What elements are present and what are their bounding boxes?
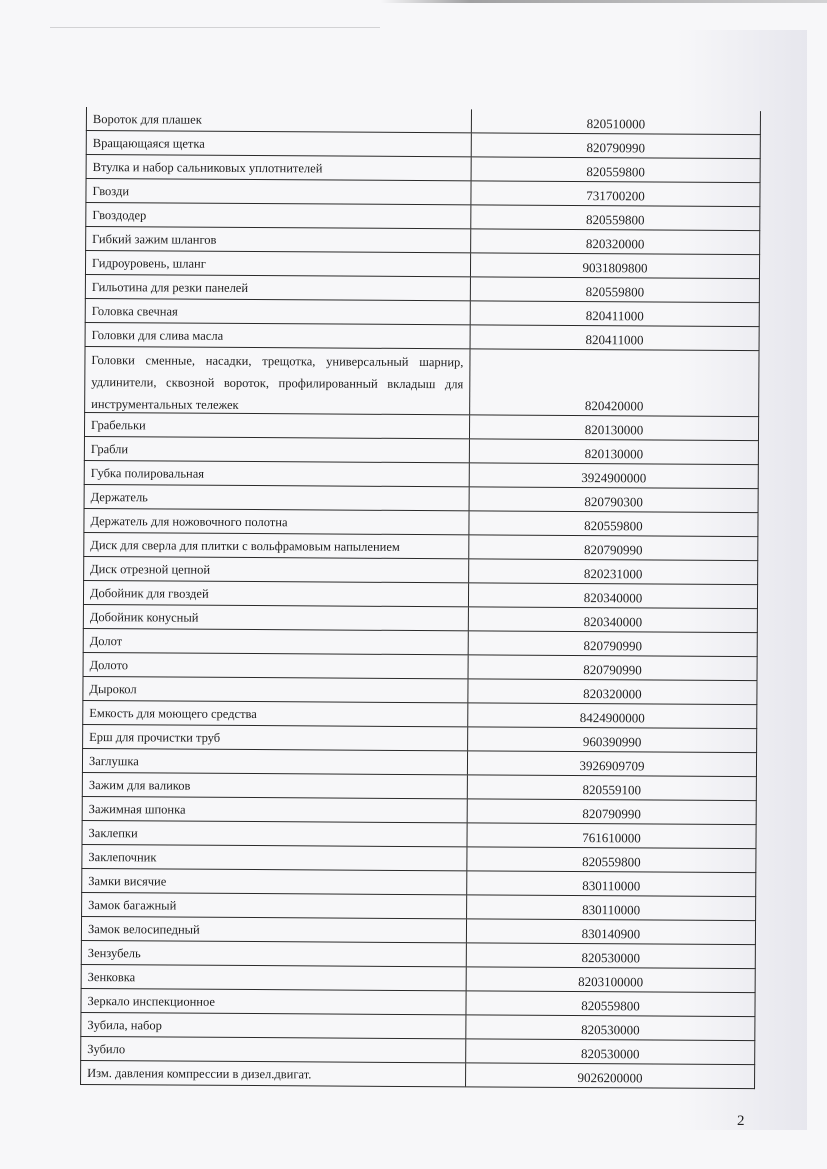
item-code-cell: 3924900000: [470, 463, 758, 488]
item-name-cell: Втулка и набор сальниковых уплотнителей: [87, 155, 472, 180]
item-name-cell: Губка полировальная: [85, 461, 470, 486]
item-code-cell: 820510000: [472, 109, 760, 134]
item-name-cell: Грабли: [85, 437, 470, 462]
item-code-cell: 820559800: [467, 847, 755, 872]
item-code-cell: 820231000: [469, 559, 757, 584]
item-name-cell: Диск отрезной цепной: [84, 557, 469, 582]
item-code-cell: 820530000: [466, 1039, 754, 1064]
item-name-cell: Головка свечная: [86, 299, 471, 324]
item-code-cell: 820411000: [471, 301, 759, 326]
item-name-cell: Заклепки: [82, 821, 467, 846]
item-code-cell: 820411000: [471, 325, 759, 350]
item-name-cell: Держатель для ножовочного полотна: [84, 509, 469, 534]
item-name-cell: Зажим для валиков: [83, 773, 468, 798]
item-code-cell: 820790990: [469, 631, 757, 656]
item-code-cell: 820530000: [466, 1015, 754, 1040]
item-name-cell: Головки сменные, насадки, трещотка, унив…: [85, 347, 470, 414]
item-code-cell: 820790990: [469, 535, 757, 560]
item-name-cell: Долот: [84, 629, 469, 654]
item-name-cell: Зубила, набор: [81, 1013, 466, 1038]
item-name-cell: Замки висячие: [82, 869, 467, 894]
item-name-cell: Долото: [84, 653, 469, 678]
item-name-cell: Грабельки: [85, 413, 470, 438]
item-code-cell: 820530000: [467, 943, 755, 968]
page-number: 2: [737, 1113, 745, 1130]
item-code-cell: 820559800: [471, 205, 759, 230]
item-code-cell: 820340000: [469, 607, 757, 632]
item-name-cell: Ерш для прочистки труб: [83, 725, 468, 750]
item-code-cell: 8424900000: [468, 703, 756, 728]
item-name-cell: Заглушка: [83, 749, 468, 774]
item-name-cell: Вращающаяся щетка: [87, 131, 472, 156]
item-code-cell: 820559800: [471, 277, 759, 302]
item-code-cell: 820790990: [469, 655, 757, 680]
goods-codes-table: Вороток для плашек820510000Вращающаяся щ…: [80, 107, 761, 1089]
item-name-cell: Зубило: [81, 1037, 466, 1062]
item-code-cell: 820340000: [469, 583, 757, 608]
item-code-cell: 820559800: [472, 157, 760, 182]
item-name-cell: Емкость для моющего средства: [83, 701, 468, 726]
item-code-cell: 830110000: [467, 871, 755, 896]
table-row: Изм. давления компрессии в дизел.двигат.…: [80, 1061, 755, 1089]
item-code-cell: 820320000: [471, 229, 759, 254]
item-code-cell: 820420000: [470, 349, 758, 416]
item-name-cell: Изм. давления компрессии в дизел.двигат.: [81, 1061, 466, 1086]
item-name-cell: Зажимная шпонка: [83, 797, 468, 822]
item-name-cell: Добойник конусный: [84, 605, 469, 630]
item-name-cell: Гвозди: [86, 179, 471, 204]
item-name-cell: Зеркало инспекционное: [81, 989, 466, 1014]
item-name-cell: Гвоздодер: [86, 203, 471, 228]
item-name-cell: Дырокол: [83, 677, 468, 702]
item-code-cell: 820790990: [472, 133, 760, 158]
item-name-cell: Гидроуровень, шланг: [86, 251, 471, 276]
item-code-cell: 8203100000: [467, 967, 755, 992]
item-code-cell: 820790990: [468, 799, 756, 824]
item-code-cell: 9026200000: [466, 1063, 754, 1088]
item-code-cell: 820559800: [466, 991, 754, 1016]
item-name-cell: Гильотина для резки панелей: [86, 275, 471, 300]
item-code-cell: 761610000: [467, 823, 755, 848]
table-row: Головки сменные, насадки, трещотка, унив…: [84, 347, 759, 417]
item-name-cell: Держатель: [85, 485, 470, 510]
item-name-cell: Гибкий зажим шлангов: [86, 227, 471, 252]
item-code-cell: 820559800: [469, 511, 757, 536]
item-name-cell: Диск для сверла для плитки с вольфрамовы…: [84, 533, 469, 558]
item-name-cell: Замок велосипедный: [82, 917, 467, 942]
item-code-cell: 3926909709: [468, 751, 756, 776]
item-code-cell: 820130000: [470, 415, 758, 440]
item-code-cell: 960390990: [468, 727, 756, 752]
item-name-cell: Заклепочник: [82, 845, 467, 870]
scan-edge-artifact: [380, 0, 827, 3]
item-name-cell: Замок багажный: [82, 893, 467, 918]
item-name-cell: Вороток для плашек: [87, 107, 472, 132]
item-name-cell: Зенковка: [82, 965, 467, 990]
item-code-cell: 9031809800: [471, 253, 759, 278]
item-code-cell: 731700200: [471, 181, 759, 206]
item-code-cell: 830140900: [467, 919, 755, 944]
item-name-cell: Зензубель: [82, 941, 467, 966]
item-code-cell: 830110000: [467, 895, 755, 920]
item-code-cell: 820320000: [468, 679, 756, 704]
item-name-cell: Добойник для гвоздей: [84, 581, 469, 606]
scan-line-artifact: [50, 27, 380, 28]
item-code-cell: 820790300: [470, 487, 758, 512]
item-code-cell: 820559100: [468, 775, 756, 800]
item-code-cell: 820130000: [470, 439, 758, 464]
item-name-cell: Головки для слива масла: [86, 323, 471, 348]
